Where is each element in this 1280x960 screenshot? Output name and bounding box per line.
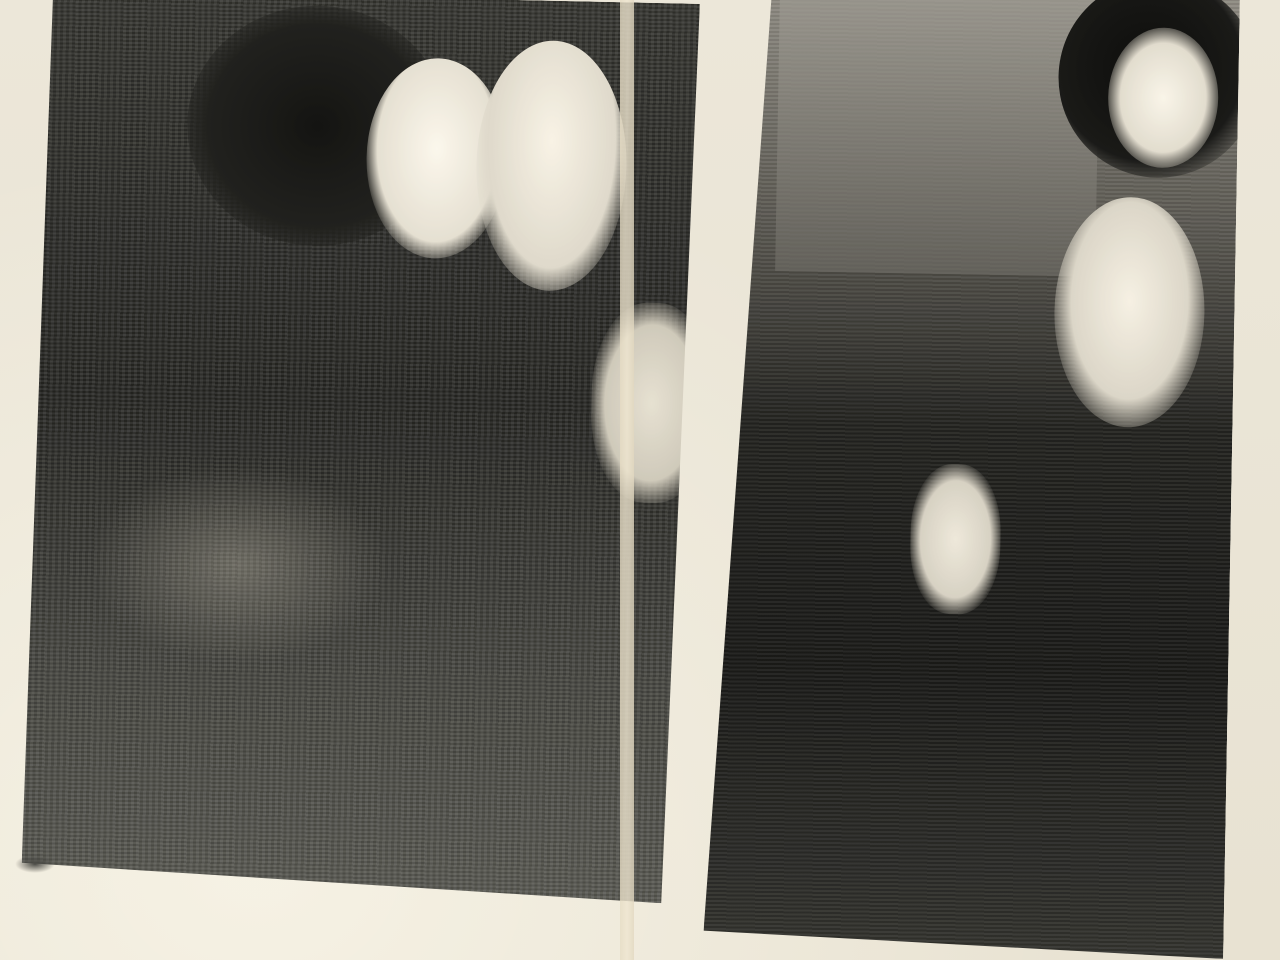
right-photo-panel [703, 0, 1240, 959]
paper-fold-strip [620, 0, 634, 960]
left-photo-panel [21, 0, 700, 904]
ink-mark [15, 855, 55, 873]
man-hand [909, 463, 1002, 615]
background-wall [775, 0, 1100, 277]
figure-face-right [474, 39, 629, 292]
light-patch [86, 461, 390, 667]
